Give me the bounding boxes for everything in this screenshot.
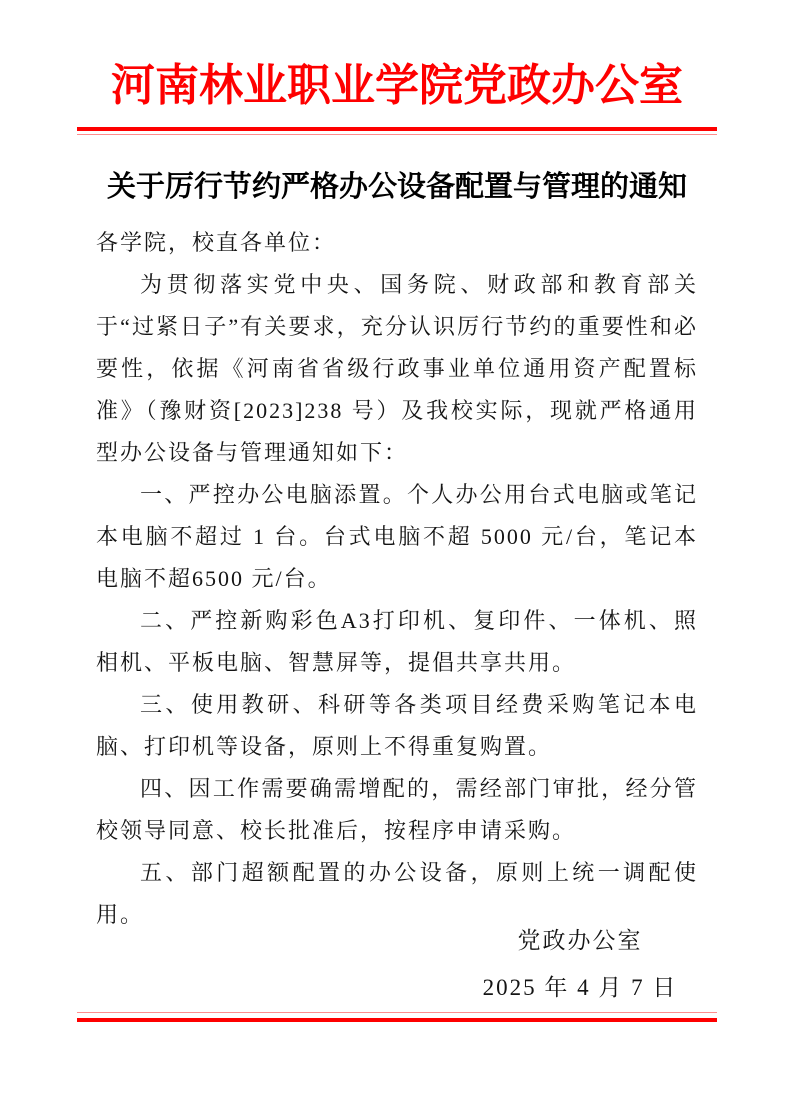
letterhead-title: 河南林业职业学院党政办公室	[0, 56, 794, 116]
letterhead-rule-thin	[77, 134, 717, 135]
body-paragraph-item-3: 三、使用教研、科研等各类项目经费采购笔记本电脑、打印机等设备，原则上不得重复购置…	[96, 684, 698, 768]
footer-rule	[77, 1012, 717, 1022]
letterhead-rule	[77, 127, 717, 135]
document-page: 河南林业职业学院党政办公室 关于厉行节约严格办公设备配置与管理的通知 各学院，校…	[0, 0, 794, 1108]
document-body: 各学院，校直各单位： 为贯彻落实党中央、国务院、财政部和教育部关于“过紧日子”有…	[96, 222, 698, 936]
footer-rule-thin	[77, 1012, 717, 1013]
signature-org: 党政办公室	[440, 926, 720, 956]
body-paragraph-item-2: 二、严控新购彩色A3打印机、复印件、一体机、照相机、平板电脑、智慧屏等，提倡共享…	[96, 600, 698, 684]
salutation: 各学院，校直各单位：	[96, 222, 698, 264]
body-paragraph-item-1: 一、严控办公电脑添置。个人办公用台式电脑或笔记本电脑不超过 1 台。台式电脑不超…	[96, 474, 698, 600]
letterhead-rule-thick	[77, 127, 717, 131]
signature-block: 党政办公室 2025 年 4 月 7 日	[440, 926, 720, 1003]
document-title: 关于厉行节约严格办公设备配置与管理的通知	[57, 164, 737, 205]
body-paragraph-item-4: 四、因工作需要确需增配的，需经部门审批，经分管校领导同意、校长批准后，按程序申请…	[96, 768, 698, 852]
body-paragraph-intro: 为贯彻落实党中央、国务院、财政部和教育部关于“过紧日子”有关要求，充分认识厉行节…	[96, 264, 698, 474]
body-paragraph-item-5: 五、部门超额配置的办公设备，原则上统一调配使用。	[96, 852, 698, 936]
signature-date: 2025 年 4 月 7 日	[440, 973, 720, 1003]
footer-rule-thick	[77, 1018, 717, 1022]
